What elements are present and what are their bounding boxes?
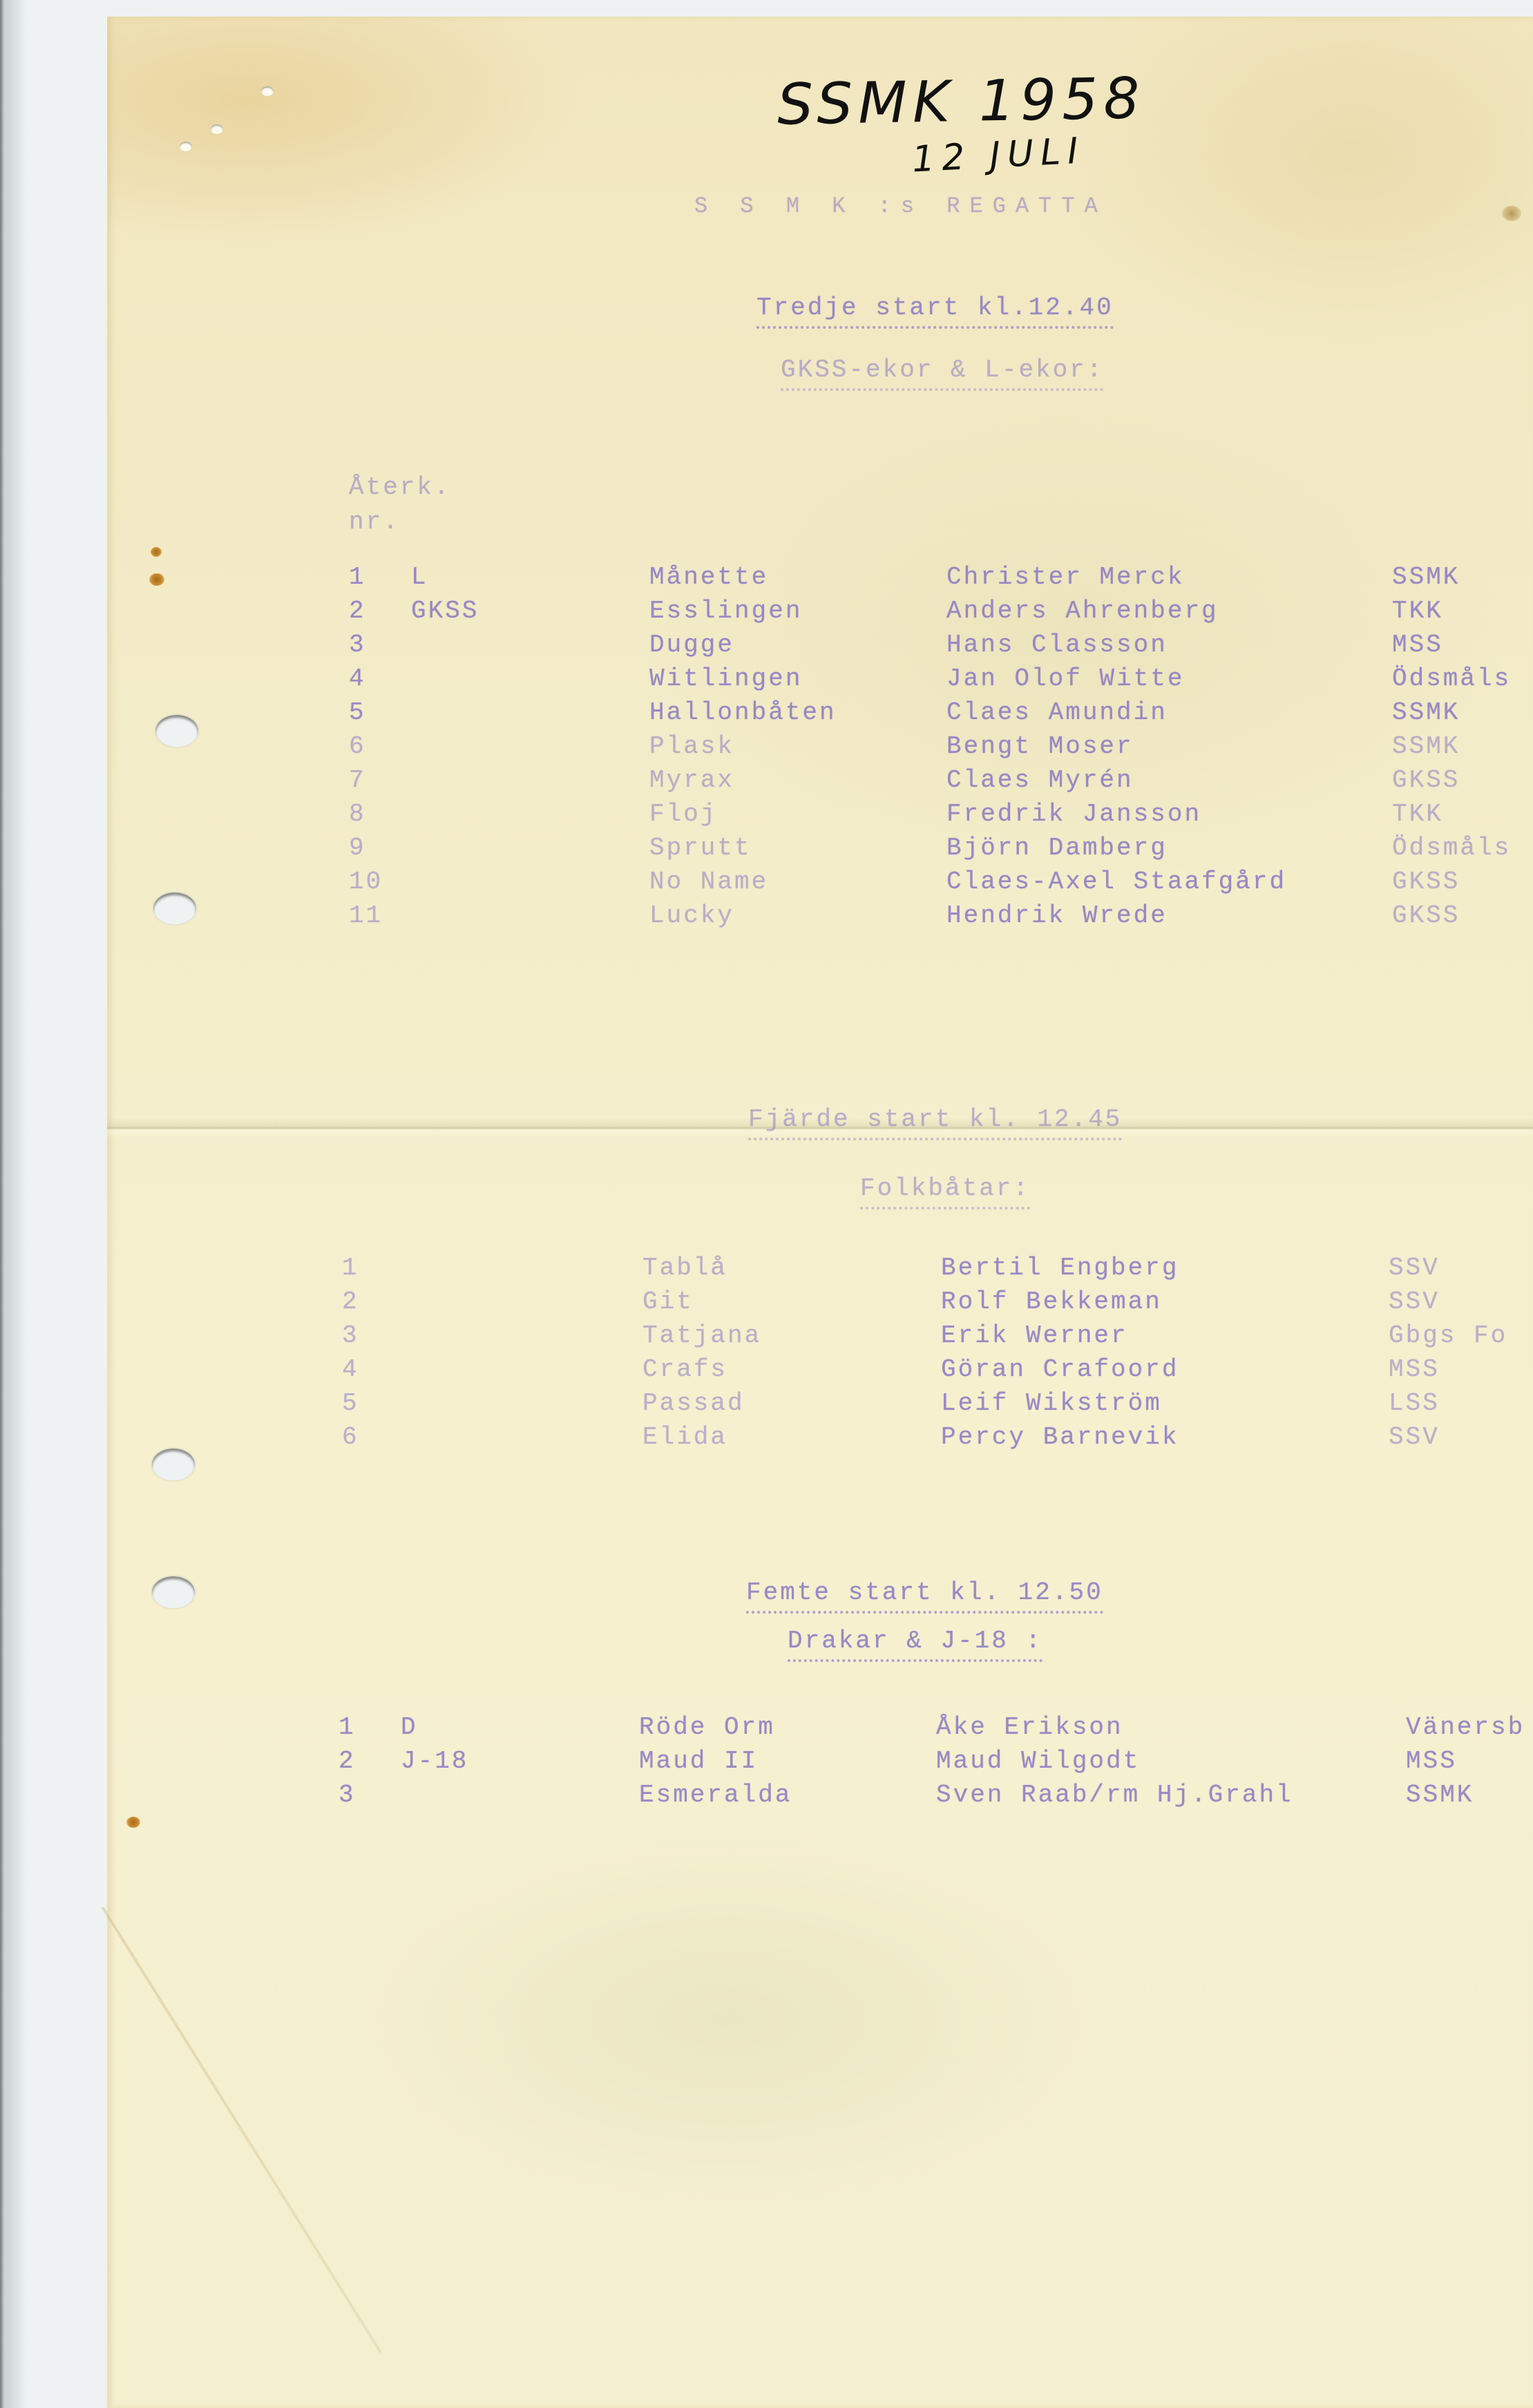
entry-club: Gbgs Fo (1389, 1321, 1507, 1350)
entry-club: MSS (1392, 631, 1443, 659)
entry-nr: 5 (349, 698, 366, 727)
entry-boat: Lucky (649, 901, 734, 930)
entry-club: TKK (1392, 800, 1443, 828)
entry-skipper: Christer Merck (946, 563, 1184, 591)
entry-club: SSMK (1392, 732, 1460, 761)
entry-skipper: Sven Raab/rm Hj.Grahl (936, 1781, 1293, 1809)
entry-boat: Elida (642, 1423, 727, 1451)
entry-skipper: Claes-Axel Staafgård (946, 868, 1286, 896)
entry-skipper: Erik Werner (941, 1321, 1128, 1350)
entry-nr: 1 (349, 563, 366, 591)
entry-cls: GKSS (411, 597, 479, 625)
start-heading: Fjärde start kl. 12.45 (748, 1105, 1122, 1140)
punch-hole (152, 1449, 195, 1480)
punch-hole (153, 892, 196, 924)
entry-skipper: Rolf Bekkeman (941, 1288, 1162, 1316)
entry-boat: Git (642, 1288, 694, 1316)
handwritten-title: SSMK 1958 (777, 66, 1145, 137)
entry-club: LSS (1389, 1389, 1440, 1417)
class-label: Folkbåtar: (860, 1174, 1030, 1210)
stain-spot (1502, 206, 1521, 221)
entry-club: TKK (1392, 597, 1443, 625)
entry-skipper: Fredrik Jansson (946, 800, 1201, 828)
entry-cls: J-18 (401, 1747, 468, 1775)
punch-hole (155, 715, 198, 747)
entry-nr: 8 (349, 800, 366, 828)
entry-boat: Esmeralda (639, 1781, 792, 1809)
entry-boat: Witlingen (649, 665, 802, 693)
entry-boat: Hallonbåten (649, 698, 837, 727)
entry-club: MSS (1406, 1747, 1457, 1775)
entry-nr: 1 (342, 1254, 359, 1282)
entry-nr: 3 (342, 1321, 359, 1350)
entry-skipper: Claes Myrén (946, 766, 1134, 794)
entry-club: SSMK (1406, 1781, 1474, 1809)
entry-club: Ödsmåls (1392, 834, 1511, 862)
entry-skipper: Leif Wikström (941, 1389, 1162, 1417)
entry-boat: Plask (649, 732, 734, 761)
entry-club: SSMK (1392, 698, 1460, 727)
class-label: GKSS-ekor & L-ekor: (781, 356, 1103, 391)
entry-club: GKSS (1392, 766, 1460, 794)
column-header-line1: Återk. (349, 473, 451, 501)
entry-nr: 1 (339, 1713, 356, 1741)
entry-club: Ödsmåls (1392, 665, 1511, 693)
entry-boat: Dugge (649, 631, 734, 659)
entry-skipper: Bertil Engberg (941, 1254, 1179, 1282)
entry-boat: Maud II (639, 1747, 758, 1775)
rust-spot (151, 547, 162, 557)
entry-boat: Esslingen (649, 597, 802, 625)
staple-hole (211, 124, 223, 134)
entry-skipper: Anders Ahrenberg (946, 597, 1219, 625)
entry-club: SSMK (1392, 563, 1460, 591)
entry-boat: Röde Orm (639, 1713, 775, 1741)
start-heading: Tredje start kl.12.40 (756, 294, 1114, 329)
entry-club: SSV (1389, 1288, 1440, 1316)
entry-skipper: Björn Damberg (946, 834, 1168, 862)
punch-hole (152, 1576, 195, 1608)
start-heading: Femte start kl. 12.50 (746, 1578, 1103, 1614)
entry-boat: Passad (642, 1389, 745, 1417)
rust-spot (126, 1817, 140, 1828)
staple-hole (261, 86, 274, 96)
entry-nr: 4 (349, 665, 366, 693)
entry-skipper: Göran Crafoord (941, 1355, 1179, 1384)
entry-skipper: Hans Classson (946, 631, 1168, 659)
entry-nr: 2 (349, 597, 366, 625)
entry-nr: 5 (342, 1389, 359, 1417)
staple-hole (180, 142, 192, 151)
entry-nr: 2 (339, 1747, 356, 1775)
entry-nr: 9 (349, 834, 366, 862)
entry-boat: Tatjana (642, 1321, 761, 1350)
entry-nr: 6 (349, 732, 366, 761)
regatta-title: S S M K :s REGATTA (694, 193, 1107, 219)
rust-spot (149, 573, 164, 586)
entry-club: MSS (1389, 1355, 1440, 1384)
entry-club: GKSS (1392, 901, 1460, 930)
entry-boat: Tablå (642, 1254, 727, 1282)
entry-boat: Crafs (642, 1355, 727, 1384)
entry-skipper: Maud Wilgodt (936, 1747, 1140, 1775)
entry-club: SSV (1389, 1254, 1440, 1282)
entry-nr: 6 (342, 1423, 359, 1451)
entry-club: Vänersb (1406, 1713, 1525, 1741)
entry-skipper: Åke Erikson (936, 1713, 1123, 1741)
entry-cls: L (411, 563, 428, 591)
entry-nr: 2 (342, 1288, 359, 1316)
entry-nr: 11 (349, 901, 383, 930)
entry-boat: No Name (649, 868, 768, 896)
entry-skipper: Claes Amundin (946, 698, 1168, 727)
entry-nr: 7 (349, 766, 366, 794)
entry-skipper: Percy Barnevik (941, 1423, 1179, 1451)
entry-nr: 3 (349, 631, 366, 659)
entry-skipper: Jan Olof Witte (946, 665, 1184, 693)
entry-boat: Månette (649, 563, 768, 591)
entry-nr: 4 (342, 1355, 359, 1384)
entry-nr: 10 (349, 868, 383, 896)
entry-club: GKSS (1392, 868, 1460, 896)
column-header-line2: nr. (349, 508, 400, 536)
entry-cls: D (401, 1713, 418, 1741)
entry-skipper: Hendrik Wrede (946, 901, 1168, 930)
entry-boat: Sprutt (649, 834, 752, 862)
entry-nr: 3 (339, 1781, 356, 1809)
entry-club: SSV (1389, 1423, 1440, 1451)
entry-boat: Myrax (649, 766, 734, 794)
class-label: Drakar & J-18 : (788, 1627, 1042, 1662)
entry-skipper: Bengt Moser (946, 732, 1134, 761)
entry-boat: Floj (649, 800, 717, 828)
